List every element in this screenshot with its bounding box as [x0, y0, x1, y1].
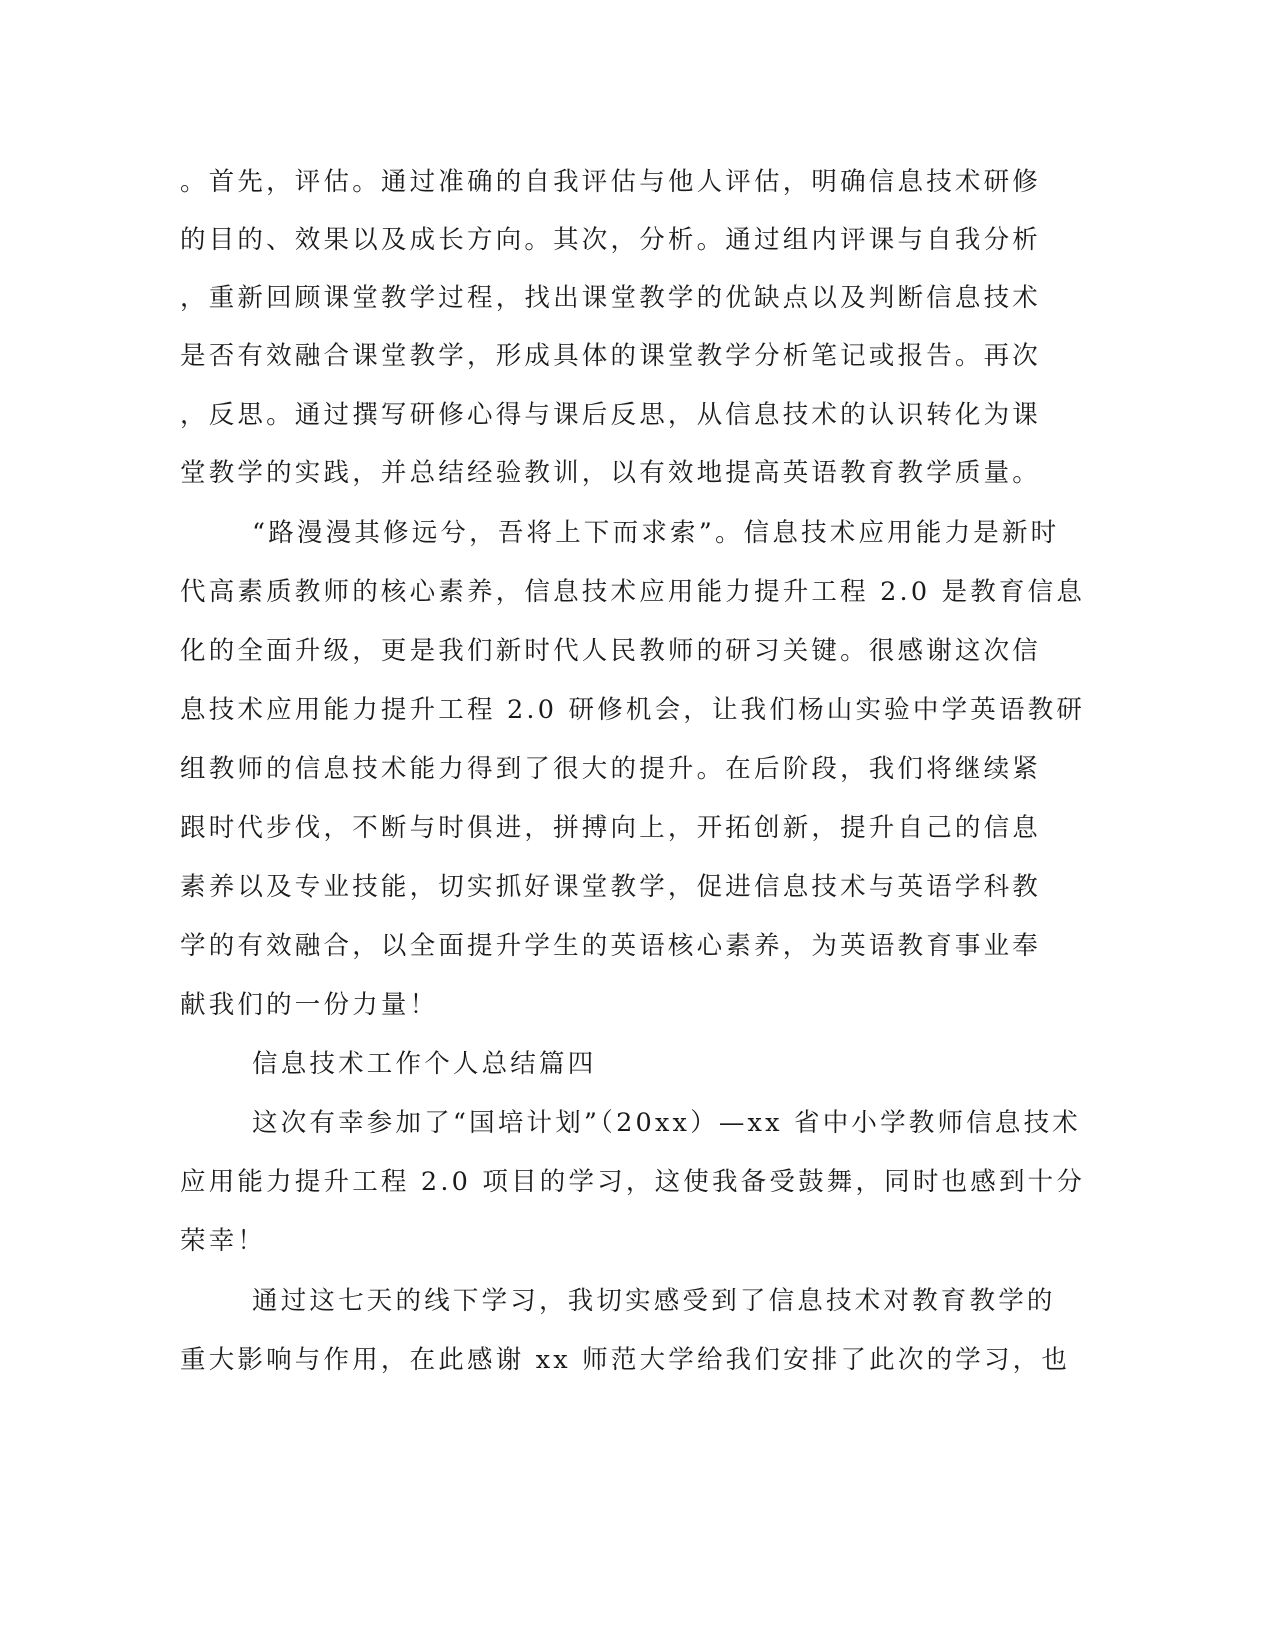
- paragraph-line: ，反思。通过撰写研修心得与课后反思，从信息技术的认识转化为课: [180, 395, 1040, 435]
- paragraph-line: 重大影响与作用，在此感谢 xx 师范大学给我们安排了此次的学习，也: [180, 1340, 1040, 1380]
- paragraph-line: ，重新回顾课堂教学过程，找出课堂教学的优缺点以及判断信息技术: [180, 278, 1040, 318]
- paragraph-line: “路漫漫其修远兮，吾将上下而求索”。信息技术应用能力是新时: [252, 513, 1112, 553]
- paragraph-line: 代高素质教师的核心素养，信息技术应用能力提升工程 2.0 是教育信息: [180, 572, 1040, 612]
- paragraph-line: 通过这七天的线下学习，我切实感受到了信息技术对教育教学的: [252, 1281, 1112, 1321]
- paragraph-line: 组教师的信息技术能力得到了很大的提升。在后阶段，我们将继续紧: [180, 749, 1040, 789]
- paragraph-line: 化的全面升级，更是我们新时代人民教师的研习关键。很感谢这次信: [180, 631, 1040, 671]
- paragraph-line: 堂教学的实践，并总结经验教训，以有效地提高英语教育教学质量。: [180, 453, 1040, 493]
- section-heading: 信息技术工作个人总结篇四: [252, 1044, 1112, 1084]
- paragraph-line: 。首先，评估。通过准确的自我评估与他人评估，明确信息技术研修: [180, 162, 1040, 202]
- paragraph-line: 是否有效融合课堂教学，形成具体的课堂教学分析笔记或报告。再次: [180, 336, 1040, 376]
- paragraph-line: 应用能力提升工程 2.0 项目的学习，这使我备受鼓舞，同时也感到十分: [180, 1162, 1040, 1202]
- paragraph-line: 息技术应用能力提升工程 2.0 研修机会，让我们杨山实验中学英语教研: [180, 690, 1040, 730]
- paragraph-line: 荣幸！: [180, 1221, 1040, 1261]
- paragraph-line: 的目的、效果以及成长方向。其次，分析。通过组内评课与自我分析: [180, 220, 1040, 260]
- paragraph-line: 跟时代步伐，不断与时俱进，拼搏向上，开拓创新，提升自己的信息: [180, 808, 1040, 848]
- paragraph-line: 素养以及专业技能，切实抓好课堂教学，促进信息技术与英语学科教: [180, 867, 1040, 907]
- paragraph-line: 这次有幸参加了“国培计划”（20xx）—xx 省中小学教师信息技术: [252, 1103, 1112, 1143]
- paragraph-line: 献我们的一份力量！: [180, 985, 1040, 1025]
- document-page: 。首先，评估。通过准确的自我评估与他人评估，明确信息技术研修 的目的、效果以及成…: [0, 0, 1275, 1650]
- paragraph-line: 学的有效融合，以全面提升学生的英语核心素养，为英语教育事业奉: [180, 926, 1040, 966]
